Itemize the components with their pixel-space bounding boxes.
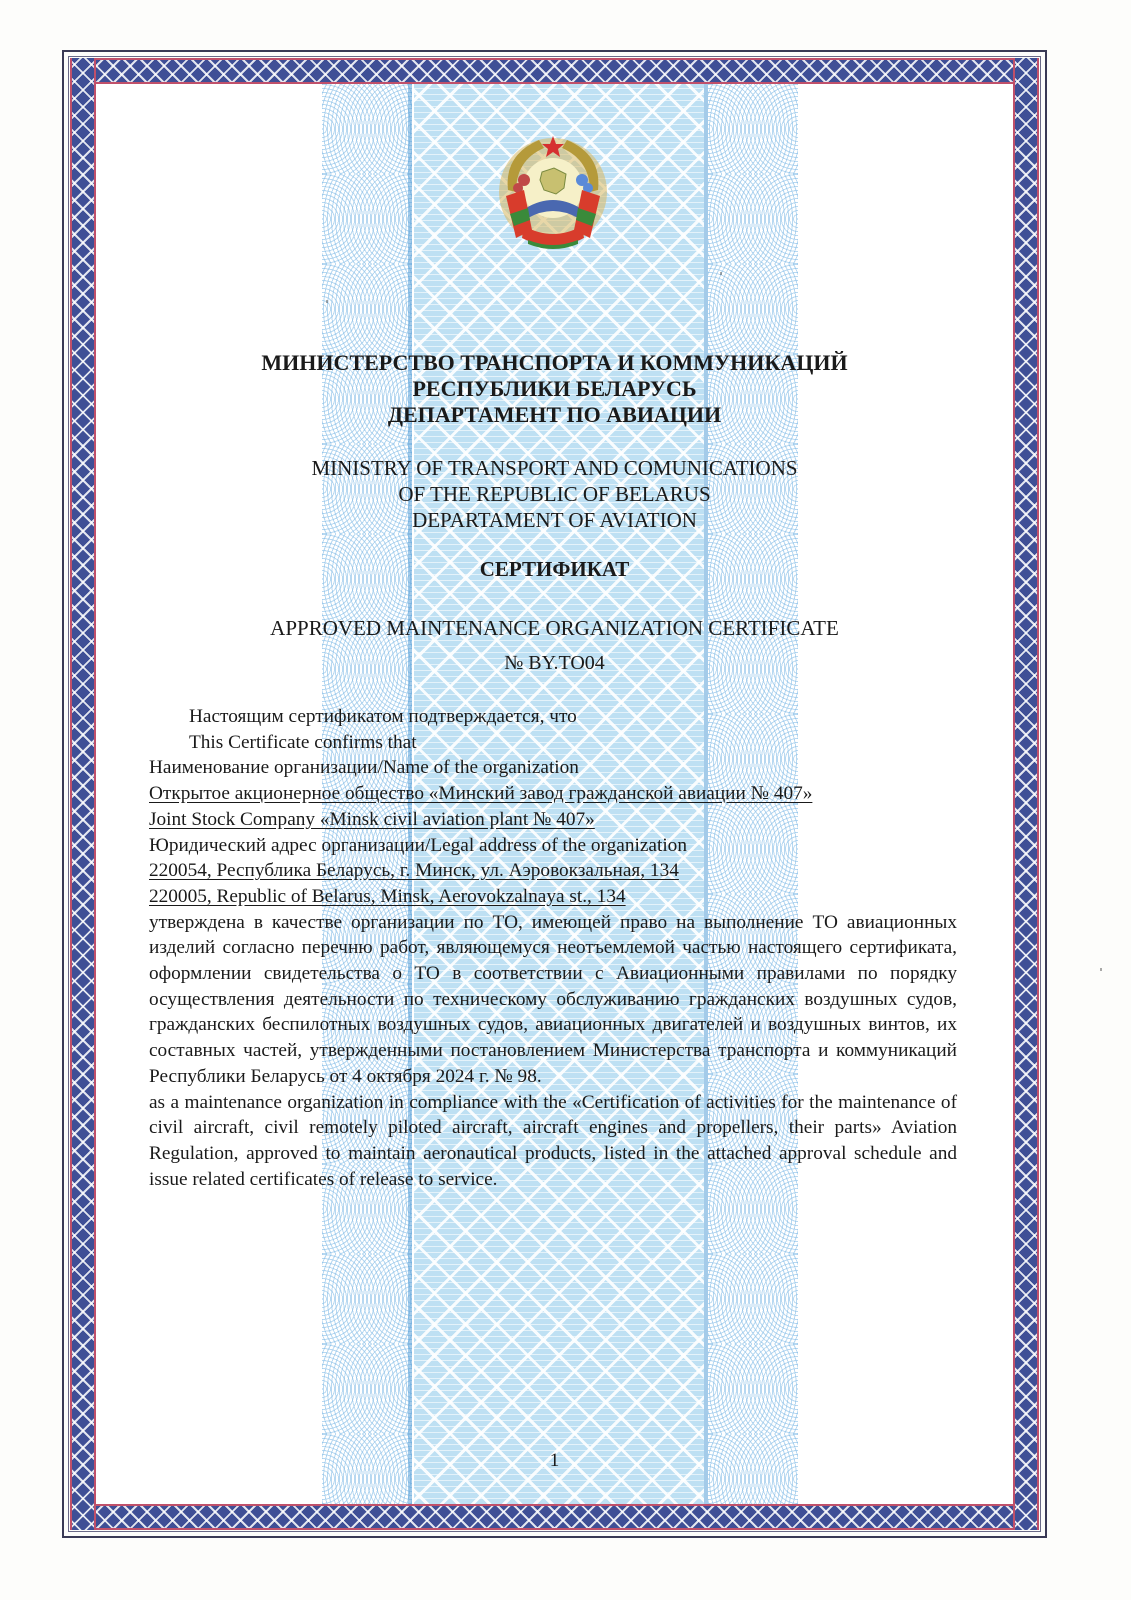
ornamental-border-right: [1013, 58, 1039, 1530]
coat-of-arms-icon: [494, 130, 612, 255]
ministry-heading-en-line-3: DEPARTAMENT OF AVIATION: [96, 507, 1013, 533]
address-label: Юридический адрес организации/Legal addr…: [149, 833, 957, 859]
address-ru: 220054, Республика Беларусь, г. Минск, у…: [149, 858, 957, 884]
org-name-en: Joint Stock Company «Minsk civil aviatio…: [149, 807, 957, 833]
scan-speck: [326, 300, 328, 303]
ministry-heading-en-line-2: OF THE REPUBLIC OF BELARUS: [96, 481, 1013, 507]
org-name-ru: Открытое акционерное общество «Минский з…: [149, 781, 957, 807]
confirms-ru: Настоящим сертификатом подтверждается, ч…: [149, 704, 957, 730]
certificate-number: № BY.TO04: [96, 652, 1013, 675]
ministry-heading-ru-line-3: ДЕПАРТАМЕНТ ПО АВИАЦИИ: [96, 402, 1013, 428]
org-name-label: Наименование организации/Name of the org…: [149, 755, 957, 781]
certificate-title-en: APPROVED MAINTENANCE ORGANIZATION CERTIF…: [96, 616, 1013, 641]
certificate-body: Настоящим сертификатом подтверждается, ч…: [149, 704, 957, 1192]
ministry-heading-ru-line-2: РЕСПУБЛИКИ БЕЛАРУСЬ: [96, 376, 1013, 402]
approval-text-ru: утверждена в качестве организации по ТО,…: [149, 910, 957, 1090]
ornamental-border-left: [70, 58, 96, 1530]
ornamental-border-bottom: [70, 1504, 1039, 1530]
certificate-title-ru: СЕРТИФИКАТ: [96, 557, 1013, 582]
confirms-en: This Certificate confirms that: [149, 730, 957, 756]
scan-speck: [720, 272, 722, 275]
address-en: 220005, Republic of Belarus, Minsk, Aero…: [149, 884, 957, 910]
ministry-heading-ru-line-1: МИНИСТЕРСТВО ТРАНСПОРТА И КОММУНИКАЦИЙ: [96, 350, 1013, 376]
ministry-heading-en: MINISTRY OF TRANSPORT AND COMUNICATIONS …: [96, 455, 1013, 533]
approval-text-en: as a maintenance organization in complia…: [149, 1090, 957, 1193]
ornamental-border-top: [70, 58, 1039, 84]
scan-speck: [1100, 968, 1102, 971]
ministry-heading-ru: МИНИСТЕРСТВО ТРАНСПОРТА И КОММУНИКАЦИЙ Р…: [96, 350, 1013, 428]
ministry-heading-en-line-1: MINISTRY OF TRANSPORT AND COMUNICATIONS: [96, 455, 1013, 481]
page-number: 1: [96, 1450, 1013, 1472]
